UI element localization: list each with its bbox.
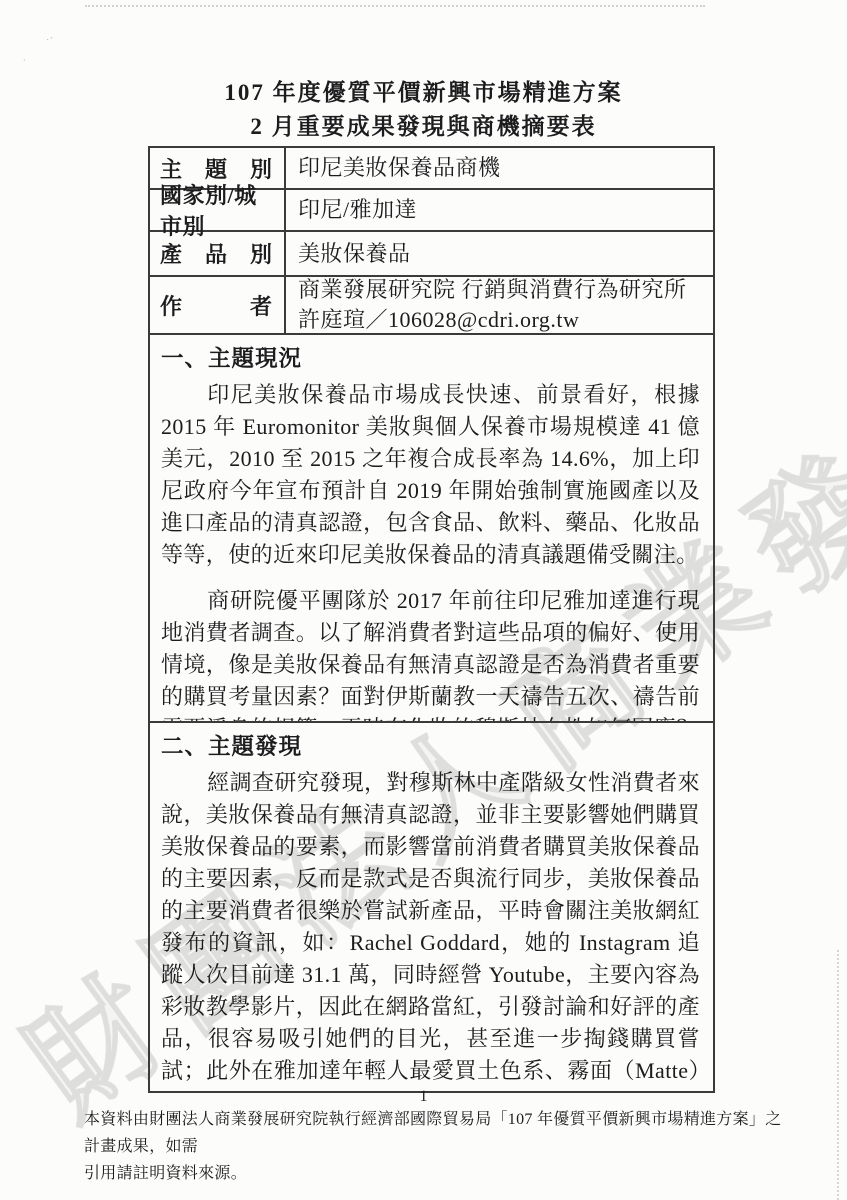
- topic-value: 印尼美妝保養品商機: [286, 148, 713, 188]
- document-title: 107 年度優質平價新興市場精進方案 2 月重要成果發現與商機摘要表: [0, 76, 847, 144]
- author-label: 作 者: [150, 277, 286, 333]
- table-row-product: 產 品 別 美妝保養品: [150, 232, 713, 277]
- section-findings-paragraph: 經調查研究發現，對穆斯林中產階級女性消費者來說，美妝保養品有無清真認證，並非主要…: [161, 767, 700, 1091]
- summary-table: 主 題 別 印尼美妝保養品商機 國家別/城市別 印尼/雅加達 產 品 別 美妝保…: [148, 146, 715, 1093]
- document-title-line1: 107 年度優質平價新興市場精進方案: [0, 76, 847, 110]
- page-number: 1: [0, 1088, 847, 1106]
- scan-speck: ·´: [45, 35, 53, 45]
- section-status-heading: 一、主題現況: [161, 343, 700, 375]
- table-row-section-findings: 二、主題發現 經調查研究發現，對穆斯林中產階級女性消費者來說，美妝保養品有無清真…: [150, 723, 713, 1091]
- section-status-paragraph: 商研院優平團隊於 2017 年前往印尼雅加達進行現地消費者調查。以了解消費者對這…: [161, 585, 700, 721]
- footer-note-line1: 本資料由財團法人商業發展研究院執行經濟部國際貿易局「107 年優質平價新興市場精…: [84, 1106, 784, 1160]
- section-status-paragraph: 印尼美妝保養品市場成長快速、前景看好，根據 2015 年 Euromonitor…: [161, 379, 700, 571]
- table-row-author: 作 者 商業發展研究院 行銷與消費行為研究所 許庭瑄／106028@cdri.o…: [150, 277, 713, 335]
- table-row-section-status: 一、主題現況 印尼美妝保養品市場成長快速、前景看好，根據 2015 年 Euro…: [150, 335, 713, 723]
- country-label: 國家別/城市別: [150, 190, 286, 230]
- product-value: 美妝保養品: [286, 232, 713, 275]
- footer-note: 本資料由財團法人商業發展研究院執行經濟部國際貿易局「107 年優質平價新興市場精…: [84, 1106, 784, 1187]
- section-status: 一、主題現況 印尼美妝保養品市場成長快速、前景看好，根據 2015 年 Euro…: [150, 335, 713, 721]
- document-title-line2: 2 月重要成果發現與商機摘要表: [0, 110, 847, 144]
- section-findings-heading: 二、主題發現: [161, 731, 700, 763]
- scanned-document-page: 財團法人商業發展研究院 ·´ · 107 年度優質平價新興市場精進方案 2 月重…: [0, 0, 847, 1200]
- section-findings: 二、主題發現 經調查研究發現，對穆斯林中產階級女性消費者來說，美妝保養品有無清真…: [150, 723, 713, 1091]
- scan-edge-artifact-top: [85, 5, 705, 7]
- author-value-line2: 許庭瑄／106028@cdri.org.tw: [298, 305, 703, 335]
- country-value: 印尼/雅加達: [286, 190, 713, 230]
- table-row-country: 國家別/城市別 印尼/雅加達: [150, 190, 713, 232]
- author-value-line1: 商業發展研究院 行銷與消費行為研究所: [298, 275, 703, 305]
- scan-edge-artifact-right: [837, 950, 839, 1200]
- product-label: 產 品 別: [150, 232, 286, 275]
- scan-speck: ·: [21, 56, 28, 65]
- author-value: 商業發展研究院 行銷與消費行為研究所 許庭瑄／106028@cdri.org.t…: [286, 277, 713, 333]
- footer-note-line2: 引用請註明資料來源。: [84, 1160, 784, 1187]
